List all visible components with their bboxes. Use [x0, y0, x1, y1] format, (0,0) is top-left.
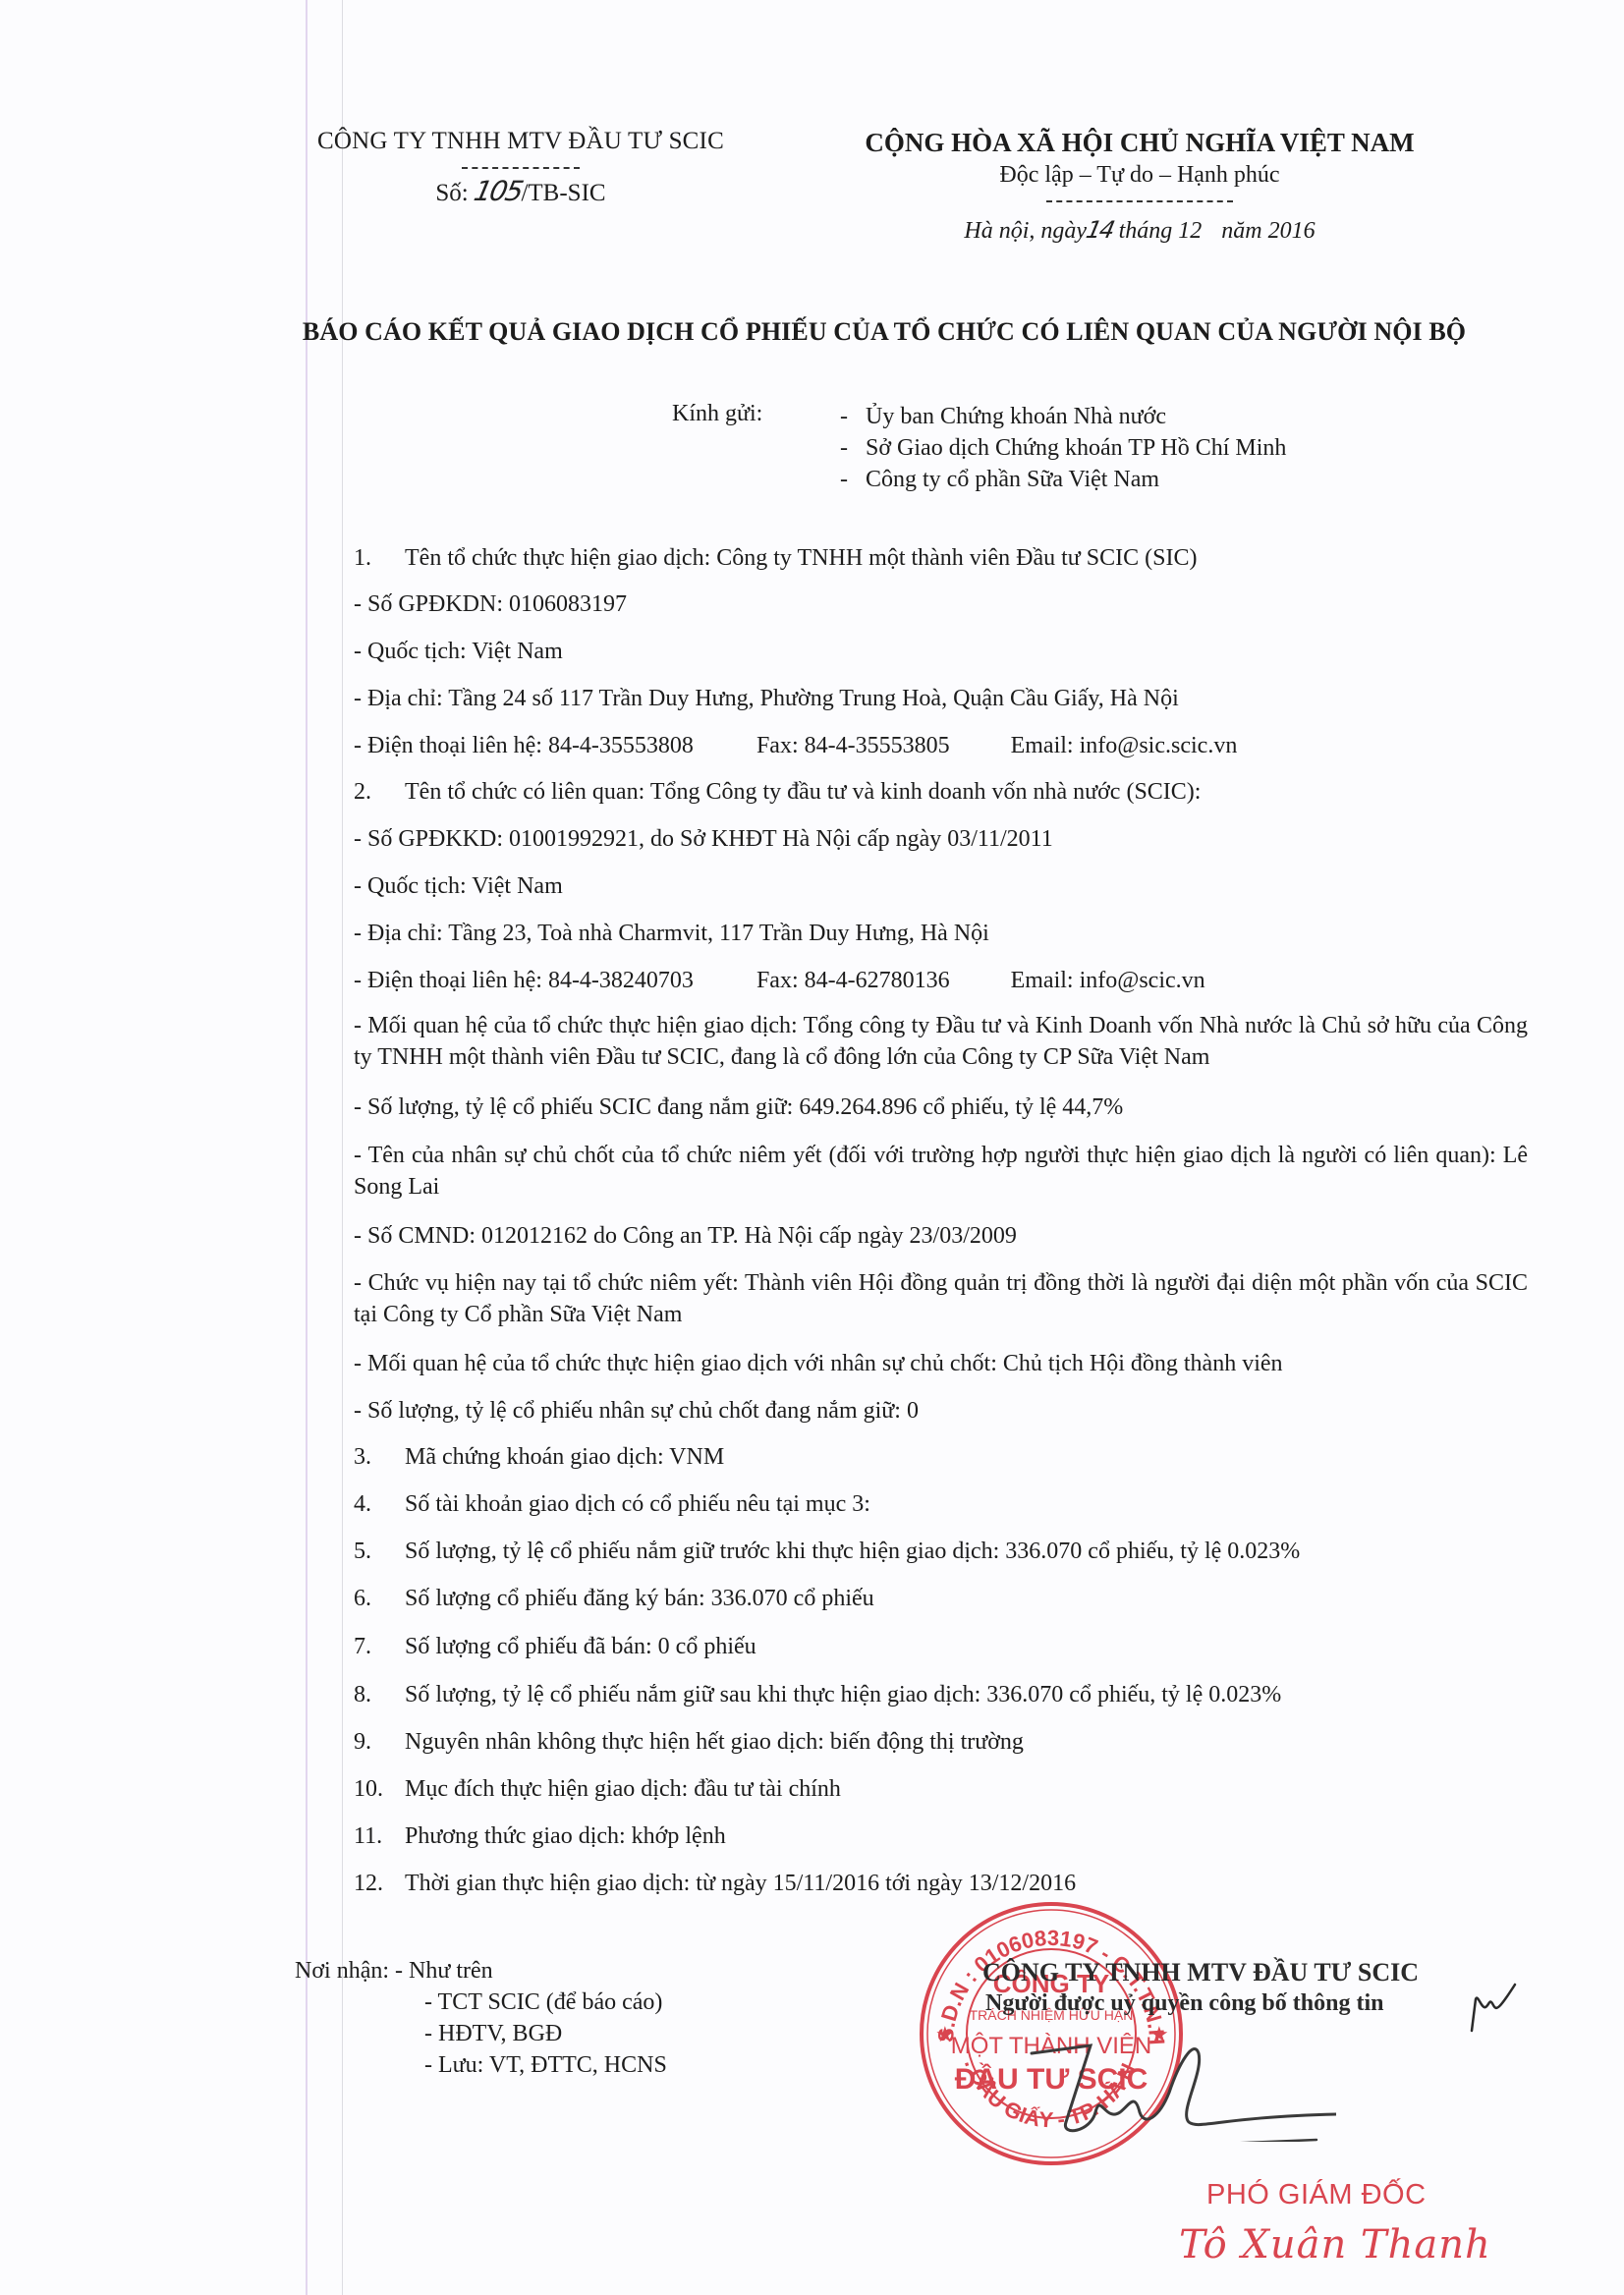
document-date: Hà nội, ngày14 tháng 12 năm 2016: [835, 216, 1444, 245]
nation-motto: Độc lập – Tự do – Hạnh phúc: [835, 162, 1444, 189]
phone: - Điện thoại liên hệ: 84-4-38240703: [354, 968, 694, 993]
section-2-key-person: - Tên của nhân sự chủ chốt của tổ chức n…: [354, 1140, 1528, 1203]
item-text: Tên tổ chức có liên quan: Tổng Công ty đ…: [405, 779, 1201, 805]
addressees-list: Ủy ban Chứng khoán Nhà nước Sở Giao dịch…: [840, 401, 1286, 495]
email: Email: info@scic.vn: [1011, 968, 1205, 993]
item-text: Mục đích thực hiện giao dịch: đầu tư tài…: [405, 1776, 841, 1802]
item-number: 10.: [354, 1776, 405, 1803]
addressee-item: Công ty cổ phần Sữa Việt Nam: [840, 464, 1286, 495]
date-prefix: Hà nội, ngày: [964, 218, 1087, 244]
issuer-org-name: CÔNG TY TNHH MTV ĐẦU TƯ SCIC: [295, 128, 747, 155]
item-number: 12.: [354, 1871, 405, 1897]
section-2-heading: 2.Tên tổ chức có liên quan: Tổng Công ty…: [354, 779, 1201, 806]
addressees-label: Kính gửi:: [672, 401, 762, 427]
item-text: Số lượng, tỷ lệ cổ phiếu nắm giữ sau khi…: [405, 1682, 1281, 1707]
item-number: 8.: [354, 1682, 405, 1708]
section-2-relationship: - Mối quan hệ của tổ chức thực hiện giao…: [354, 1010, 1528, 1073]
numbered-item: 7.Số lượng cổ phiếu đã bán: 0 cổ phiếu: [354, 1634, 756, 1660]
item-number: 9.: [354, 1729, 405, 1756]
nation-name: CỘNG HÒA XÃ HỘI CHỦ NGHĨA VIỆT NAM: [835, 128, 1444, 158]
item-number: 4.: [354, 1491, 405, 1518]
item-text: Mã chứng khoán giao dịch: VNM: [405, 1444, 724, 1470]
handwritten-signature: [1022, 2024, 1336, 2142]
fax: Fax: 84-4-35553805: [756, 733, 950, 758]
doc-number-prefix: Số:: [435, 180, 468, 206]
date-month: 12: [1178, 218, 1202, 244]
numbered-item: 9.Nguyên nhân không thực hiện hết giao d…: [354, 1729, 1024, 1756]
recipients-block: Nơi nhận: - Như trên - TCT SCIC (để báo …: [295, 1955, 667, 2081]
item-text: Số lượng, tỷ lệ cổ phiếu nắm giữ trước k…: [405, 1539, 1300, 1564]
nation-divider: [1046, 200, 1233, 202]
phone: - Điện thoại liên hệ: 84-4-35553808: [354, 733, 694, 758]
email: Email: info@sic.scic.vn: [1011, 733, 1238, 758]
numbered-item: 11.Phương thức giao dịch: khớp lệnh: [354, 1823, 726, 1850]
item-text: Phương thức giao dịch: khớp lệnh: [405, 1823, 726, 1849]
numbered-item: 10.Mục đích thực hiện giao dịch: đầu tư …: [354, 1776, 841, 1803]
signature-org-name: CÔNG TY TNHH MTV ĐẦU TƯ SCIC: [982, 1958, 1419, 1987]
section-1-address: - Địa chỉ: Tầng 24 số 117 Trần Duy Hưng,…: [354, 686, 1179, 712]
addressee-item: Ủy ban Chứng khoán Nhà nước: [840, 401, 1286, 432]
item-number: 3.: [354, 1444, 405, 1471]
section-2-license: - Số GPĐKKD: 01001992921, do Sở KHĐT Hà …: [354, 826, 1053, 853]
item-number: 11.: [354, 1823, 405, 1850]
doc-number-handwritten: 105: [472, 175, 525, 207]
document-number: Số: 105/TB-SIC: [295, 175, 747, 207]
section-2-address: - Địa chỉ: Tầng 23, Toà nhà Charmvit, 11…: [354, 921, 989, 947]
nation-block: CỘNG HÒA XÃ HỘI CHỦ NGHĨA VIỆT NAM Độc l…: [835, 128, 1444, 245]
item-number: 2.: [354, 779, 405, 806]
section-2-key-person-holding: - Số lượng, tỷ lệ cổ phiếu nhân sự chủ c…: [354, 1398, 919, 1425]
item-text: Số lượng cổ phiếu đã bán: 0 cổ phiếu: [405, 1634, 756, 1659]
section-2-nationality: - Quốc tịch: Việt Nam: [354, 873, 563, 900]
recipient-item: - HĐTV, BGĐ: [295, 2018, 667, 2049]
signature-role: Người được uỷ quyền công bố thông tin: [985, 1990, 1383, 2017]
initials-mark: [1464, 1980, 1523, 2034]
section-2-relation-key-person: - Mối quan hệ của tổ chức thực hiện giao…: [354, 1351, 1283, 1377]
issuer-block: CÔNG TY TNHH MTV ĐẦU TƯ SCIC Số: 105/TB-…: [295, 128, 747, 207]
numbered-item: 6.Số lượng cổ phiếu đăng ký bán: 336.070…: [354, 1586, 874, 1612]
section-1-nationality: - Quốc tịch: Việt Nam: [354, 639, 563, 665]
recipients-label: Nơi nhận:: [295, 1958, 389, 1984]
section-1-contact: - Điện thoại liên hệ: 84-4-35553808Fax: …: [354, 733, 1237, 759]
issuer-divider: [462, 167, 580, 169]
item-number: 1.: [354, 545, 405, 572]
recipient-item: - TCT SCIC (để báo cáo): [295, 1987, 667, 2018]
fax: Fax: 84-4-62780136: [756, 968, 950, 993]
numbered-item: 12.Thời gian thực hiện giao dịch: từ ngà…: [354, 1871, 1076, 1897]
item-text: Số lượng cổ phiếu đăng ký bán: 336.070 c…: [405, 1586, 874, 1611]
item-number: 7.: [354, 1634, 405, 1660]
item-text: Tên tổ chức thực hiện giao dịch: Công ty…: [405, 545, 1197, 571]
addressee-item: Sở Giao dịch Chứng khoán TP Hồ Chí Minh: [840, 432, 1286, 464]
date-year: năm 2016: [1221, 218, 1315, 244]
document-title: BÁO CÁO KẾT QUẢ GIAO DỊCH CỔ PHIẾU CỦA T…: [246, 317, 1523, 347]
numbered-item: 3.Mã chứng khoán giao dịch: VNM: [354, 1444, 724, 1471]
date-day-handwritten: 14: [1084, 216, 1115, 244]
section-1-license: - Số GPĐKDN: 0106083197: [354, 591, 627, 618]
numbered-item: 5.Số lượng, tỷ lệ cổ phiếu nắm giữ trước…: [354, 1539, 1300, 1565]
section-1-heading: 1.Tên tổ chức thực hiện giao dịch: Công …: [354, 545, 1197, 572]
signer-name: Tô Xuân Thanh: [1179, 2222, 1491, 2267]
item-number: 5.: [354, 1539, 405, 1565]
date-month-label: tháng: [1119, 218, 1173, 244]
recipient-item: - Lưu: VT, ĐTTC, HCNS: [295, 2049, 667, 2081]
item-text: Số tài khoản giao dịch có cổ phiếu nêu t…: [405, 1491, 870, 1517]
section-2-id-card: - Số CMND: 012012162 do Công an TP. Hà N…: [354, 1223, 1017, 1250]
numbered-item: 8.Số lượng, tỷ lệ cổ phiếu nắm giữ sau k…: [354, 1682, 1281, 1708]
section-2-position: - Chức vụ hiện nay tại tổ chức niêm yết:…: [354, 1267, 1528, 1330]
section-2-contact: - Điện thoại liên hệ: 84-4-38240703Fax: …: [354, 968, 1205, 994]
section-2-holding: - Số lượng, tỷ lệ cổ phiếu SCIC đang nắm…: [354, 1094, 1123, 1121]
item-text: Thời gian thực hiện giao dịch: từ ngày 1…: [405, 1871, 1076, 1896]
item-text: Nguyên nhân không thực hiện hết giao dịc…: [405, 1729, 1024, 1755]
signer-title: PHÓ GIÁM ĐỐC: [1206, 2179, 1427, 2211]
numbered-item: 4.Số tài khoản giao dịch có cổ phiếu nêu…: [354, 1491, 870, 1518]
item-number: 6.: [354, 1586, 405, 1612]
recipient-item: - Như trên: [395, 1958, 493, 1984]
doc-number-suffix: /TB-SIC: [521, 180, 605, 206]
